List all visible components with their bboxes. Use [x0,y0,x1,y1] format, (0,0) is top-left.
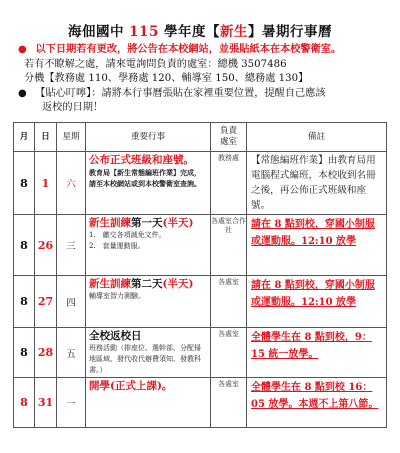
school-name: 海佃國中 [68,24,124,40]
dept-cell: 各處室 [211,328,247,378]
day-cell: 26 [35,215,57,276]
notice-block: ● 以下日期若有更改，將公告在本校網站，並張貼紙本在本校警衛室。 若有不瞭解之處… [24,42,394,116]
bullet-icon: ● [18,43,32,58]
title-highlight: 新生 [220,24,248,40]
school-year: 115 [129,24,159,40]
header-day: 日 [35,123,57,152]
day-cell: 28 [35,328,57,378]
remark-text: 請在 8 點到校，穿國小制服或運動服。12:10 放學 [251,219,375,247]
notice-reminder-line: ● 【貼心叮嚀】：請將本行事曆張貼在家裡重要位置，提醒自己應該 [18,87,394,102]
remark-cell: 請在 8 點到校，穿國小制服或運動服。12:10 放學 [247,215,387,276]
table-row: 8 1 六 公布正式班級和座號。 教育局【新生常態編班作業】完成，請至本校網站或… [14,152,387,215]
remark-text: 請在 8 點到校，穿國小制服或運動服。12:10 放學 [251,280,375,308]
remark-cell: 請在 8 點到校，穿國小制服或運動服。12:10 放學 [247,276,387,328]
month-cell: 8 [14,276,35,328]
day-cell: 31 [35,378,57,428]
remark-text: 全體學生在 8 點到校，9：15 統一放學。 [251,332,372,360]
table-row: 8 27 四 新生訓練第二天(半天) 輔導室智力測驗。 各處室 請在 8 點到校… [14,276,387,328]
table-row: 8 26 三 新生訓練第一天(半天) 1. 繳交各項減免文件。 2. 套量運動服… [14,215,387,276]
event-desc: 教育局【新生常態編班作業】完成，請至本校網站或到本校警衛室查詢。 [89,167,207,189]
remark-text: 全體學生在 8 點到校 16：05 放學。本週不上第八節。 [251,382,378,410]
day-cell: 1 [35,152,57,215]
event-item: 2. 套量運動服。 [89,241,207,252]
notice-change-text: 以下日期若有更改，將公告在本校網站，並張貼紙本在本校警衛室。 [36,43,342,55]
weekday-cell: 六 [57,152,86,215]
notice-extension-line: 分機【教務處 110、學務處 120、輔導室 150、總務處 130】 [24,72,394,87]
month-cell: 8 [14,152,35,215]
header-remark: 備註 [247,123,387,152]
table-header-row: 月 日 星期 重要行事 負責處室 備註 [14,123,387,152]
event-desc: 班務活動（排座位、選幹部、分配掃地區域、發代收代辦費須知、發教科書。） [89,343,207,376]
table-row: 8 28 五 全校返校日 班務活動（排座位、選幹部、分配掃地區域、發代收代辦費須… [14,328,387,378]
event-cell: 新生訓練第二天(半天) 輔導室智力測驗。 [86,276,211,328]
weekday-cell: 三 [57,215,86,276]
notice-contact-line: 若有不瞭解之處，請來電詢問負責的處室：總機 3507486 [24,58,394,73]
event-title: 新生訓練第一天(半天) [89,216,207,230]
event-item: 1. 繳交各項減免文件。 [89,230,207,241]
bullet-icon: ● [18,87,32,102]
weekday-cell: 一 [57,378,86,428]
dept-cell: 教務處 [211,152,247,215]
event-cell: 全校返校日 班務活動（排座位、選幹部、分配掃地區域、發代收代辦費須知、發教科書。… [86,328,211,378]
notice-reminder-cont: 返校的日期！ [24,101,394,116]
weekday-cell: 五 [57,328,86,378]
page-title: 海佃國中 115 學年度【新生】暑期行事曆 [0,20,400,40]
remark-cell: 全體學生在 8 點到校 16：05 放學。本週不上第八節。 [247,378,387,428]
schedule-table: 月 日 星期 重要行事 負責處室 備註 8 1 六 公布正式班級和座號。 教育局… [13,122,387,428]
table-row: 8 31 一 開學(正式上課)。 各處室 全體學生在 8 點到校 16：05 放… [14,378,387,428]
event-title: 新生訓練第二天(半天) [89,277,207,291]
event-title: 公布正式班級和座號。 [89,153,207,167]
event-desc: 輔導室智力測驗。 [89,291,207,302]
header-event: 重要行事 [86,123,211,152]
dept-cell: 各處室 [211,378,247,428]
event-title: 開學(正式上課)。 [89,379,207,393]
event-cell: 新生訓練第一天(半天) 1. 繳交各項減免文件。 2. 套量運動服。 [86,215,211,276]
event-cell: 開學(正式上課)。 [86,378,211,428]
day-cell: 27 [35,276,57,328]
title-middle: 學年度【 [164,24,220,40]
weekday-cell: 四 [57,276,86,328]
month-cell: 8 [14,378,35,428]
event-title: 全校返校日 [89,329,207,343]
month-cell: 8 [14,215,35,276]
remark-cell: 全體學生在 8 點到校，9：15 統一放學。 [247,328,387,378]
remark-text: 【常態編班作業】由教育局用電腦程式編班，本校收到名冊之後，再公佈正式班級和座號。 [251,153,382,213]
event-cell: 公布正式班級和座號。 教育局【新生常態編班作業】完成，請至本校網站或到本校警衛室… [86,152,211,215]
remark-cell: 【常態編班作業】由教育局用電腦程式編班，本校收到名冊之後，再公佈正式班級和座號。 [247,152,387,215]
header-month: 月 [14,123,35,152]
dept-cell: 各處室 [211,276,247,328]
dept-cell: 各處室合作社 [211,215,247,276]
notice-change-line: ● 以下日期若有更改，將公告在本校網站，並張貼紙本在本校警衛室。 [18,42,394,58]
notice-reminder-text: 【貼心叮嚀】：請將本行事曆張貼在家裡重要位置，提醒自己應該 [35,88,325,99]
header-weekday: 星期 [57,123,86,152]
header-dept: 負責處室 [211,123,247,152]
month-cell: 8 [14,328,35,378]
title-suffix: 】暑期行事曆 [248,24,332,40]
